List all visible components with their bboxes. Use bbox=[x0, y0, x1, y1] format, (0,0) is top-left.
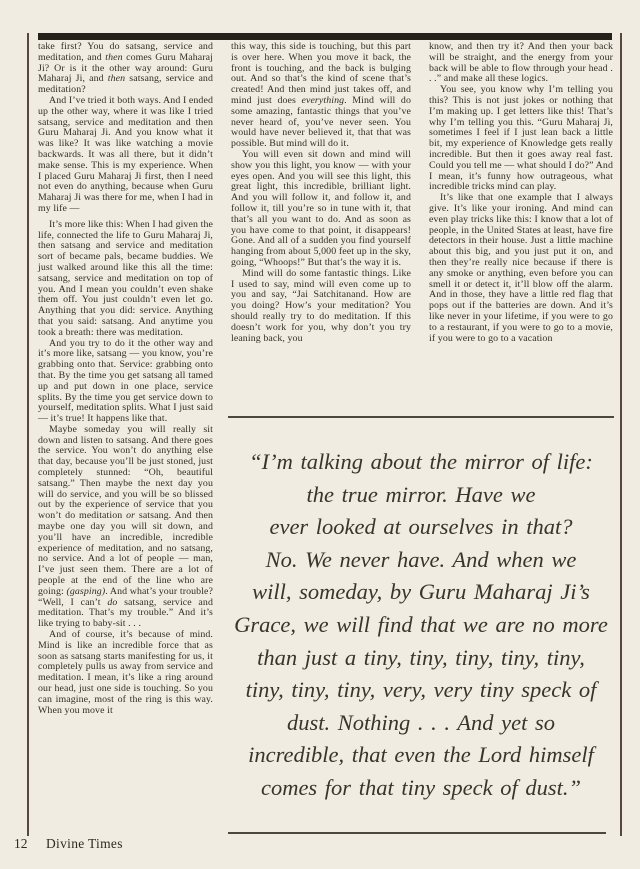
pull-quote: “I’m talking about the mirror of life:th… bbox=[222, 446, 620, 805]
paragraph: You will even sit down and mind will sho… bbox=[231, 150, 411, 269]
paragraph: It’s like that one example that I always… bbox=[429, 193, 613, 344]
pull-quote-line: tiny, tiny, tiny, very, very tiny speck … bbox=[222, 674, 620, 707]
paragraph: know, and then try it? And then your bac… bbox=[429, 42, 613, 85]
paragraph: And you try to do it the other way and i… bbox=[38, 339, 213, 425]
pull-quote-line: incredible, that even the Lord himself bbox=[222, 739, 620, 772]
pull-quote-line: the true mirror. Have we bbox=[222, 479, 620, 512]
paragraph: It’s more like this: When I had given th… bbox=[38, 220, 213, 339]
divider-below-quote bbox=[228, 832, 606, 834]
publication-name: Divine Times bbox=[46, 836, 123, 852]
top-thick-rule bbox=[38, 33, 612, 40]
paragraph: And of course, it’s because of mind. Min… bbox=[38, 630, 213, 716]
pull-quote-line: comes for that tiny speck of dust.” bbox=[222, 772, 620, 805]
magazine-page: take first? You do satsang, service and … bbox=[0, 0, 640, 869]
pull-quote-line: No. We never have. And when we bbox=[222, 544, 620, 577]
paragraph: You see, you know why I’m telling you th… bbox=[429, 85, 613, 193]
pull-quote-line: “I’m talking about the mirror of life: bbox=[222, 446, 620, 479]
pull-quote-line: ever looked at ourselves in that? bbox=[222, 511, 620, 544]
text-column-3: know, and then try it? And then your bac… bbox=[429, 42, 613, 344]
paragraph: And I’ve tried it both ways. And I ended… bbox=[38, 96, 213, 215]
page-number: 12 bbox=[14, 836, 28, 852]
pull-quote-line: Grace, we will find that we are no more bbox=[222, 609, 620, 642]
divider-above-quote bbox=[228, 416, 614, 418]
text-column-2: this way, this side is touching, but thi… bbox=[231, 42, 411, 344]
text-column-1: take first? You do satsang, service and … bbox=[38, 42, 213, 716]
right-page-rule bbox=[620, 33, 622, 836]
paragraph: Maybe someday you will really sit down a… bbox=[38, 425, 213, 630]
pull-quote-line: dust. Nothing . . . And yet so bbox=[222, 707, 620, 740]
pull-quote-line: than just a tiny, tiny, tiny, tiny, tiny… bbox=[222, 642, 620, 675]
paragraph: Mind will do some fantastic things. Like… bbox=[231, 269, 411, 345]
pull-quote-line: will, someday, by Guru Maharaj Ji’s bbox=[222, 576, 620, 609]
left-page-rule bbox=[27, 33, 29, 836]
paragraph: take first? You do satsang, service and … bbox=[38, 42, 213, 96]
paragraph: this way, this side is touching, but thi… bbox=[231, 42, 411, 150]
